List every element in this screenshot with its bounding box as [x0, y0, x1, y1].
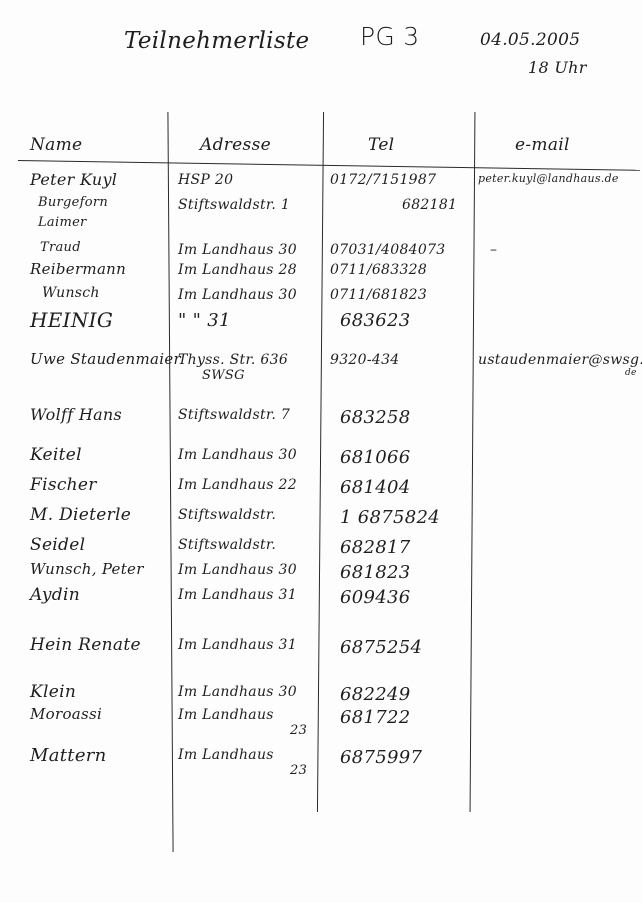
- cell-tel: 682817: [340, 537, 411, 558]
- cell-name: Moroassi: [30, 705, 102, 723]
- header-name: Name: [30, 135, 82, 155]
- cell-email: ustaudenmaier@swsg.: [478, 352, 642, 368]
- cell-address: Im Landhaus 22: [178, 477, 297, 493]
- cell-name: Laimer: [38, 215, 87, 230]
- cell-name: Wunsch, Peter: [30, 560, 144, 578]
- cell-tel: 681823: [340, 562, 411, 583]
- cell-address: Im Landhaus: [178, 747, 274, 763]
- cell-tel: 682181: [402, 197, 457, 213]
- cell-name: HEINIG: [30, 308, 113, 332]
- cell-name: Burgeforn: [38, 195, 108, 210]
- cell-name: Seidel: [30, 535, 85, 555]
- document-title: Teilnehmerliste: [124, 28, 309, 54]
- cell-name: Aydin: [30, 585, 80, 605]
- cell-tel: 0711/683328: [330, 262, 427, 278]
- cell-name: Hein Renate: [30, 635, 141, 655]
- cell-address: Im Landhaus 30: [178, 242, 297, 258]
- cell-tel: 1 6875824: [340, 507, 440, 528]
- cell-name: Fischer: [30, 475, 97, 495]
- cell-tel: 609436: [340, 587, 411, 608]
- cell-address: Im Landhaus 31: [178, 637, 297, 653]
- cell-tel: 6875254: [340, 637, 422, 658]
- cell-name: Keitel: [30, 445, 82, 465]
- cell-tel: 681404: [340, 477, 411, 498]
- cell-address: Thyss. Str. 636: [178, 352, 288, 368]
- cell-address2: 23: [290, 723, 307, 738]
- group-label: PG 3: [360, 22, 420, 51]
- cell-email: peter.kuyl@landhaus.de: [478, 172, 619, 185]
- cell-address: Im Landhaus 30: [178, 684, 297, 700]
- cell-tel: 07031/4084073: [330, 242, 446, 258]
- cell-address2: 23: [290, 763, 307, 778]
- cell-tel: 681066: [340, 447, 411, 468]
- cell-tel: 683258: [340, 407, 411, 428]
- cell-tel: 0711/681823: [330, 287, 427, 303]
- cell-name: Wolff Hans: [30, 405, 122, 424]
- time-label: 18 Uhr: [528, 58, 587, 77]
- cell-name: Reibermann: [30, 260, 126, 278]
- date-label: 04.05.2005: [480, 30, 580, 50]
- cell-address: Stiftswaldstr. 7: [178, 407, 290, 423]
- cell-name: Klein: [30, 682, 76, 702]
- cell-tel: 683623: [340, 310, 411, 331]
- cell-address: Im Landhaus 30: [178, 562, 297, 578]
- cell-address2: SWSG: [202, 368, 245, 383]
- cell-address: Im Landhaus 28: [178, 262, 297, 278]
- cell-name: M. Dieterle: [30, 505, 131, 525]
- cell-address: Stiftswaldstr.: [178, 507, 276, 523]
- column-divider-1: [167, 112, 173, 852]
- cell-name: Mattern: [30, 745, 107, 766]
- cell-tel: 681722: [340, 707, 411, 728]
- cell-name: Traud: [40, 240, 81, 255]
- cell-address: Im Landhaus 30: [178, 447, 297, 463]
- cell-tel: 9320-434: [330, 352, 399, 368]
- header-address: Adresse: [200, 135, 271, 155]
- cell-name: Peter Kuyl: [30, 170, 117, 189]
- cell-address: HSP 20: [178, 172, 233, 188]
- cell-address: Im Landhaus 30: [178, 287, 297, 303]
- cell-address: Stiftswaldstr.: [178, 537, 276, 553]
- cell-email2: de: [625, 368, 637, 378]
- column-divider-3: [470, 112, 476, 812]
- cell-tel: 0172/7151987: [330, 172, 436, 188]
- cell-address: Stiftswaldstr. 1: [178, 197, 290, 213]
- cell-tel: 6875997: [340, 747, 422, 768]
- cell-name: Uwe Staudenmaier: [30, 350, 181, 368]
- column-divider-2: [317, 112, 324, 812]
- cell-tel: 682249: [340, 684, 411, 705]
- header-tel: Tel: [368, 135, 394, 155]
- cell-email: –: [490, 242, 497, 258]
- cell-address: " " 31: [178, 310, 231, 331]
- cell-address: Im Landhaus 31: [178, 587, 297, 603]
- cell-name: Wunsch: [42, 285, 100, 301]
- header-email: e-mail: [515, 135, 570, 155]
- cell-address: Im Landhaus: [178, 707, 274, 723]
